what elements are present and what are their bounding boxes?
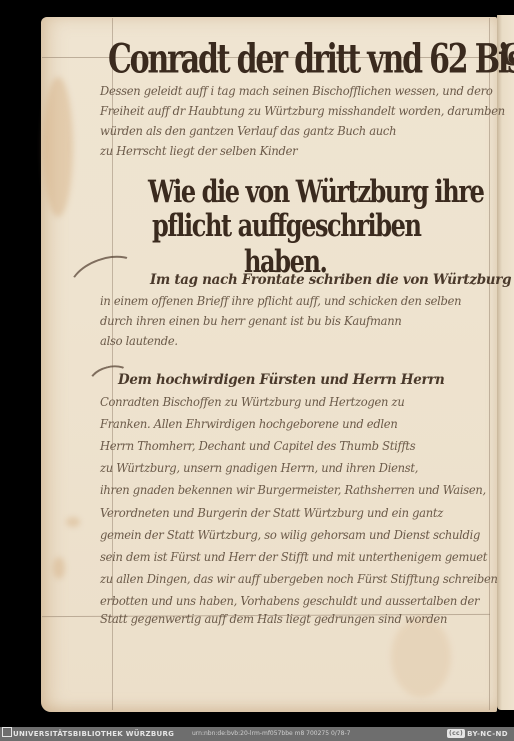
intro-line: würden als den gantzen Verlauf das gantz… [100,124,396,138]
water-stain [43,77,73,217]
adjacent-page-edge [497,15,514,710]
body-line: sein dem ist Fürst und Herr der Stifft u… [100,550,487,564]
intro-line: zu Herrscht liegt der selben Kinder [100,144,297,158]
urn-identifier[interactable]: urn:nbn:de:bvb:20-lrm-mf057bbe m8 700275… [192,727,350,741]
body-line: Conradten Bischoffen zu Würtzburg und He… [100,395,404,409]
section-heading-line: Wie die von Würtzburg ihre [148,172,483,210]
section-heading-line: pflicht auffgeschriben [152,206,421,244]
right-margin-rule [489,18,490,710]
license-label: BY-NC-ND [467,730,508,738]
body-line: durch ihren einen bu herr genant ist bu … [100,314,402,328]
body-line: Herrn Thomherr, Dechant und Capitel des … [100,439,415,453]
body-line: Verordneten und Burgerin der Statt Würtz… [100,506,443,520]
stain-area [391,617,451,697]
body-line: erbotten und uns haben, Vorhabens geschu… [100,594,479,608]
body-line: in einem offenen Brieff ihre pflicht auf… [100,294,461,308]
body-line: zu allen Dingen, das wir auff ubergeben … [100,572,498,586]
library-name: UNIVERSITÄTSBIBLIOTHEK WÜRZBURG [13,730,174,738]
body-line: Dem hochwirdigen Fürsten und Herrn Herrn [118,372,445,388]
body-line: Franken. Allen Ehrwirdigen hochgeborene … [100,417,397,431]
license-link[interactable]: (cc)BY-NC-ND [447,727,508,741]
library-logo[interactable]: UNIVERSITÄTSBIBLIOTHEK WÜRZBURG [2,727,174,741]
chapter-heading: Conradt der dritt vnd 62 Bischof [108,36,514,83]
viewer-footer-bar: UNIVERSITÄTSBIBLIOTHEK WÜRZBURG urn:nbn:… [0,727,514,741]
body-line: zu Würtzburg, unsern gnadigen Herrn, und… [100,461,418,475]
body-line: gemein der Statt Würtzburg, so wilig geh… [100,528,480,542]
body-line: Im tag nach Frontate schriben die von Wü… [150,272,511,288]
manuscript-scan: C Conradt der dritt vnd 62 Bischof Desse… [0,0,514,727]
body-line: also lautende. [100,334,178,348]
stain-spot [66,517,80,527]
creative-commons-icon: (cc) [447,729,465,738]
stain-spot [53,557,65,579]
intro-line: Dessen geleidt auff i tag mach seinen Bi… [100,84,492,98]
body-line: Statt gegenwertig auff dem Hals liegt ge… [100,612,447,626]
intro-line: Freiheit auff dr Haubtung zu Würtzburg m… [100,104,505,118]
body-line: ihren gnaden bekennen wir Burgermeister,… [100,483,486,497]
library-logo-icon [2,727,12,737]
